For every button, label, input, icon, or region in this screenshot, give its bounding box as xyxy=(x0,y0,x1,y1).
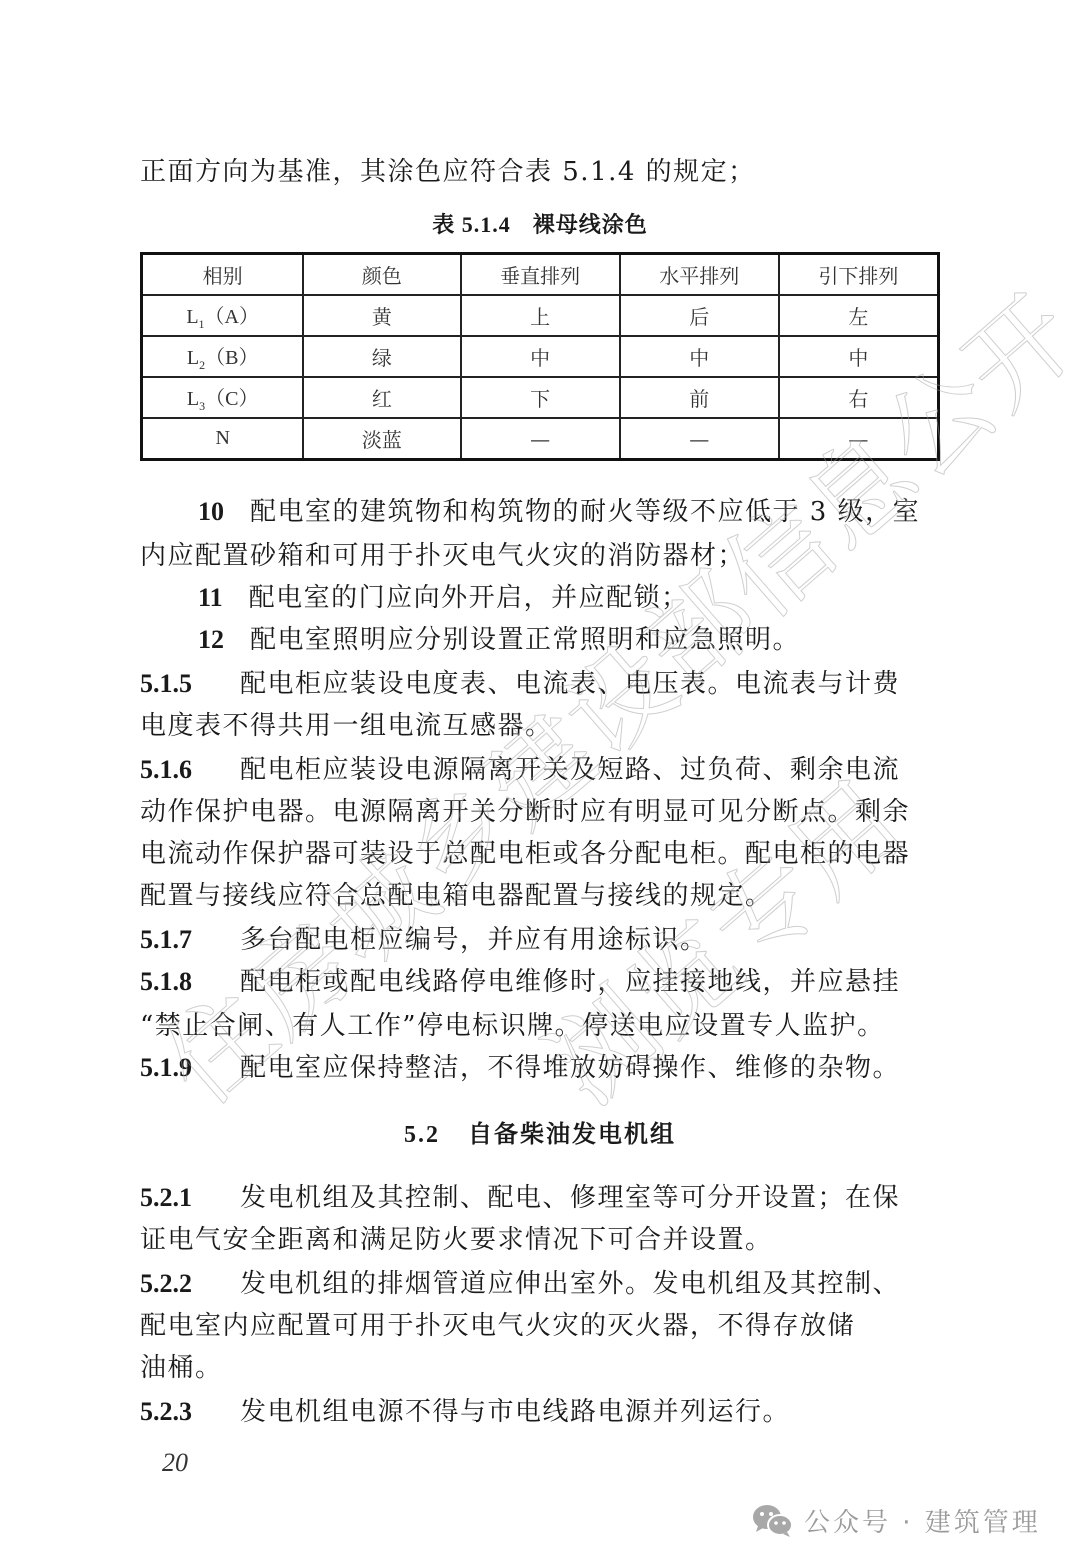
cell-downlead: 中 xyxy=(779,336,939,377)
clause-5-2-1: 5.2.1发电机组及其控制、配电、修理室等可分开设置；在保 xyxy=(140,1178,900,1218)
header-horizontal: 水平排列 xyxy=(620,254,779,296)
cell-color: 红 xyxy=(303,377,460,418)
wechat-icon xyxy=(752,1504,794,1538)
clause-5-1-5: 5.1.5配电柜应装设电度表、电流表、电压表。电流表与计费 xyxy=(140,664,900,704)
cell-phase: L3（C） xyxy=(142,377,304,418)
cell-vertical: 中 xyxy=(461,336,620,377)
clause-5-2-2-cont: 油桶。 xyxy=(140,1348,223,1388)
header-color: 颜色 xyxy=(303,254,460,296)
page-number: 20 xyxy=(162,1448,188,1478)
clause-5-1-7: 5.1.7多台配电柜应编号，并应有用途标识。 xyxy=(140,920,708,960)
item-12: 12配电室照明应分别设置正常照明和应急照明。 xyxy=(198,620,800,660)
cell-phase: L1（A） xyxy=(142,295,304,336)
clause-5-1-8: 5.1.8配电柜或配电线路停电维修时，应挂接地线，并应悬挂 xyxy=(140,962,900,1002)
footer-brand[interactable]: 公众号 · 建筑管理 xyxy=(752,1502,1041,1539)
cell-color: 淡蓝 xyxy=(303,418,460,460)
footer-label: 公众号 · 建筑管理 xyxy=(804,1502,1041,1539)
cell-horizontal: 后 xyxy=(620,295,779,336)
table-header-row: 相别 颜色 垂直排列 水平排列 引下排列 xyxy=(142,254,939,296)
cell-vertical: — xyxy=(461,418,620,460)
clause-5-2-2: 5.2.2发电机组的排烟管道应伸出室外。发电机组及其控制、 xyxy=(140,1264,900,1304)
clause-5-1-6-cont: 电流动作保护器可装设于总配电柜或各分配电柜。配电柜的电器 xyxy=(140,834,910,874)
cell-vertical: 下 xyxy=(461,377,620,418)
cell-downlead: 左 xyxy=(779,295,939,336)
item-11: 11配电室的门应向外开启，并应配锁； xyxy=(198,578,689,618)
cell-phase: L2（B） xyxy=(142,336,304,377)
cell-vertical: 上 xyxy=(461,295,620,336)
item-10-cont: 内应配置砂箱和可用于扑灭电气火灾的消防器材； xyxy=(140,536,745,576)
clause-5-1-9: 5.1.9配电室应保持整洁，不得堆放妨碍操作、维修的杂物。 xyxy=(140,1048,900,1088)
clause-5-2-1-cont: 证电气安全距离和满足防火要求情况下可合并设置。 xyxy=(140,1220,773,1260)
clause-5-2-3: 5.2.3发电机组电源不得与市电线路电源并列运行。 xyxy=(140,1392,790,1432)
table-number: 表 5.1.4 xyxy=(432,212,511,237)
cell-horizontal: — xyxy=(620,418,779,460)
table-row: N 淡蓝 — — — xyxy=(142,418,939,460)
clause-5-1-5-cont: 电度表不得共用一组电流互感器。 xyxy=(140,706,553,746)
clause-5-1-6-cont: 动作保护电器。电源隔离开关分断时应有明显可见分断点。剩余 xyxy=(140,792,910,832)
clause-5-2-2-cont: 配电室内应配置可用于扑灭电气火灾的灭火器，不得存放储 xyxy=(140,1306,855,1346)
table-row: L3（C） 红 下 前 右 xyxy=(142,377,939,418)
table-caption: 表 5.1.4裸母线涂色 xyxy=(140,208,940,239)
table-row: L1（A） 黄 上 后 左 xyxy=(142,295,939,336)
table-title: 裸母线涂色 xyxy=(533,213,648,238)
cell-phase: N xyxy=(142,418,304,460)
header-vertical: 垂直排列 xyxy=(461,254,620,296)
cell-downlead: 右 xyxy=(779,377,939,418)
section-title: 5.2自备柴油发电机组 xyxy=(140,1114,940,1149)
clause-5-1-8-cont: “禁止合闸、有人工作”停电标识牌。停送电应设置专人监护。 xyxy=(140,1006,885,1046)
table-row: L2（B） 绿 中 中 中 xyxy=(142,336,939,377)
cell-downlead: — xyxy=(779,418,939,460)
header-phase: 相别 xyxy=(142,254,304,296)
clause-5-1-6: 5.1.6配电柜应装设电源隔离开关及短路、过负荷、剩余电流 xyxy=(140,750,900,790)
cell-color: 绿 xyxy=(303,336,460,377)
cell-horizontal: 中 xyxy=(620,336,779,377)
item-10: 10配电室的建筑物和构筑物的耐火等级不应低于 3 级，室 xyxy=(198,492,920,532)
cell-horizontal: 前 xyxy=(620,377,779,418)
cell-color: 黄 xyxy=(303,295,460,336)
clause-5-1-6-cont: 配置与接线应符合总配电箱电器配置与接线的规定。 xyxy=(140,876,773,916)
intro-text: 正面方向为基准，其涂色应符合表 5.1.4 的规定； xyxy=(140,152,756,192)
busbar-color-table: 相别 颜色 垂直排列 水平排列 引下排列 L1（A） 黄 上 后 左 L2（B）… xyxy=(140,252,940,461)
header-downlead: 引下排列 xyxy=(779,254,939,296)
